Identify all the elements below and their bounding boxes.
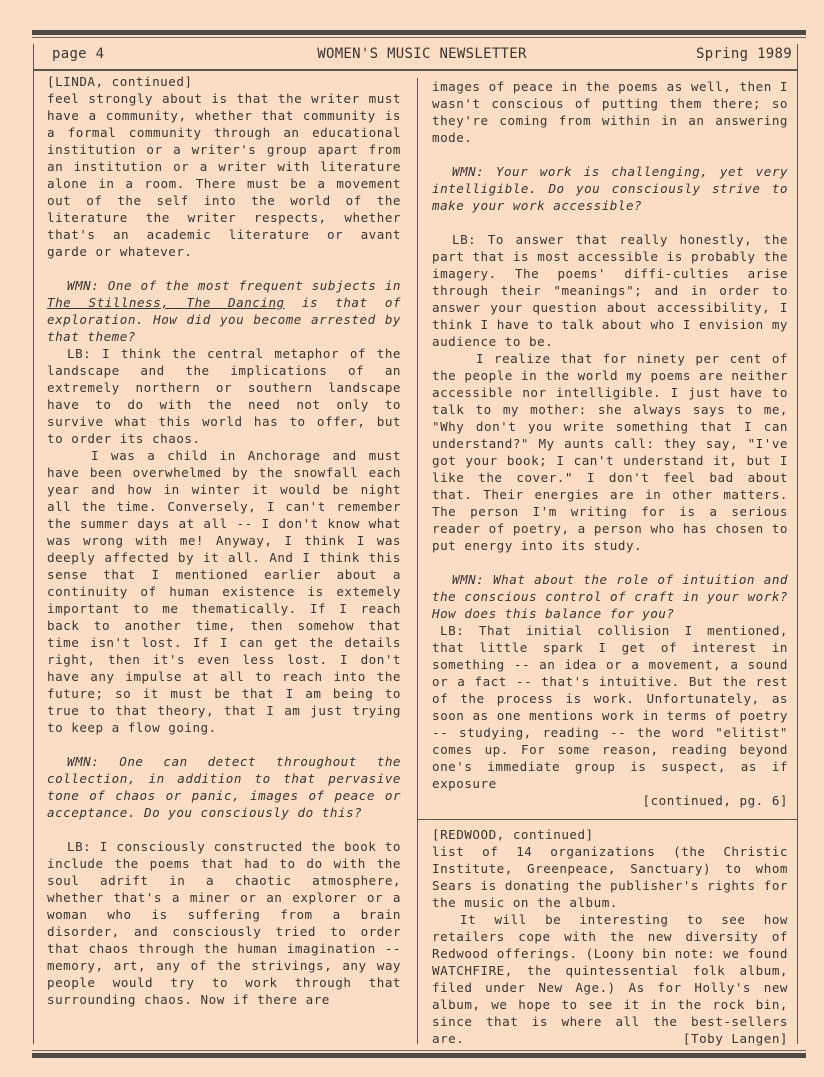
page-header: page 4 WOMEN'S MUSIC NEWSLETTER Spring 1… [52, 46, 792, 66]
interview-question: WMN: One of the most frequent subjects i… [47, 277, 401, 345]
header-divider [34, 69, 797, 71]
newsletter-title: WOMEN'S MUSIC NEWSLETTER [52, 46, 792, 62]
bottom-double-rule [32, 1050, 806, 1058]
column-divider [417, 78, 418, 1044]
book-title: The Stillness, The Dancing [47, 295, 285, 310]
issue-date: Spring 1989 [696, 46, 792, 62]
interview-answer: LB: I consciously constructed the book t… [47, 838, 401, 1008]
interview-answer: LB: That initial collision I mentioned, … [432, 622, 788, 792]
continued-label: [REDWOOD, continued] [432, 826, 788, 843]
interview-question: WMN: What about the role of intuition an… [432, 571, 788, 622]
interview-answer: LB: I think the central metaphor of the … [47, 345, 401, 447]
redwood-article: [REDWOOD, continued] list of 14 organiza… [432, 826, 788, 1047]
interview-answer: LB: To answer that really honestly, the … [432, 231, 788, 350]
right-column: images of peace in the poems as well, th… [432, 78, 788, 809]
frame-right-border [797, 44, 798, 1044]
paragraph: It will be interesting to see how retail… [432, 911, 788, 1047]
left-column: [LINDA, continued] feel strongly about i… [47, 73, 401, 1008]
frame-left-border [33, 44, 34, 1044]
byline: [Toby Langen] [432, 1030, 788, 1047]
paragraph: images of peace in the poems as well, th… [432, 78, 788, 146]
top-double-rule [32, 30, 806, 38]
continued-label: [LINDA, continued] [47, 73, 401, 90]
paragraph: list of 14 organizations (the Christic I… [432, 843, 788, 911]
interview-question: WMN: One can detect throughout the colle… [47, 753, 401, 821]
continued-link[interactable]: [continued, pg. 6] [432, 792, 788, 809]
interview-question: WMN: Your work is challenging, yet very … [432, 163, 788, 214]
paragraph: I realize that for ninety per cent of th… [432, 350, 788, 554]
article-divider [418, 819, 798, 820]
paragraph: feel strongly about is that the writer m… [47, 90, 401, 260]
paragraph: I was a child in Anchorage and must have… [47, 447, 401, 736]
